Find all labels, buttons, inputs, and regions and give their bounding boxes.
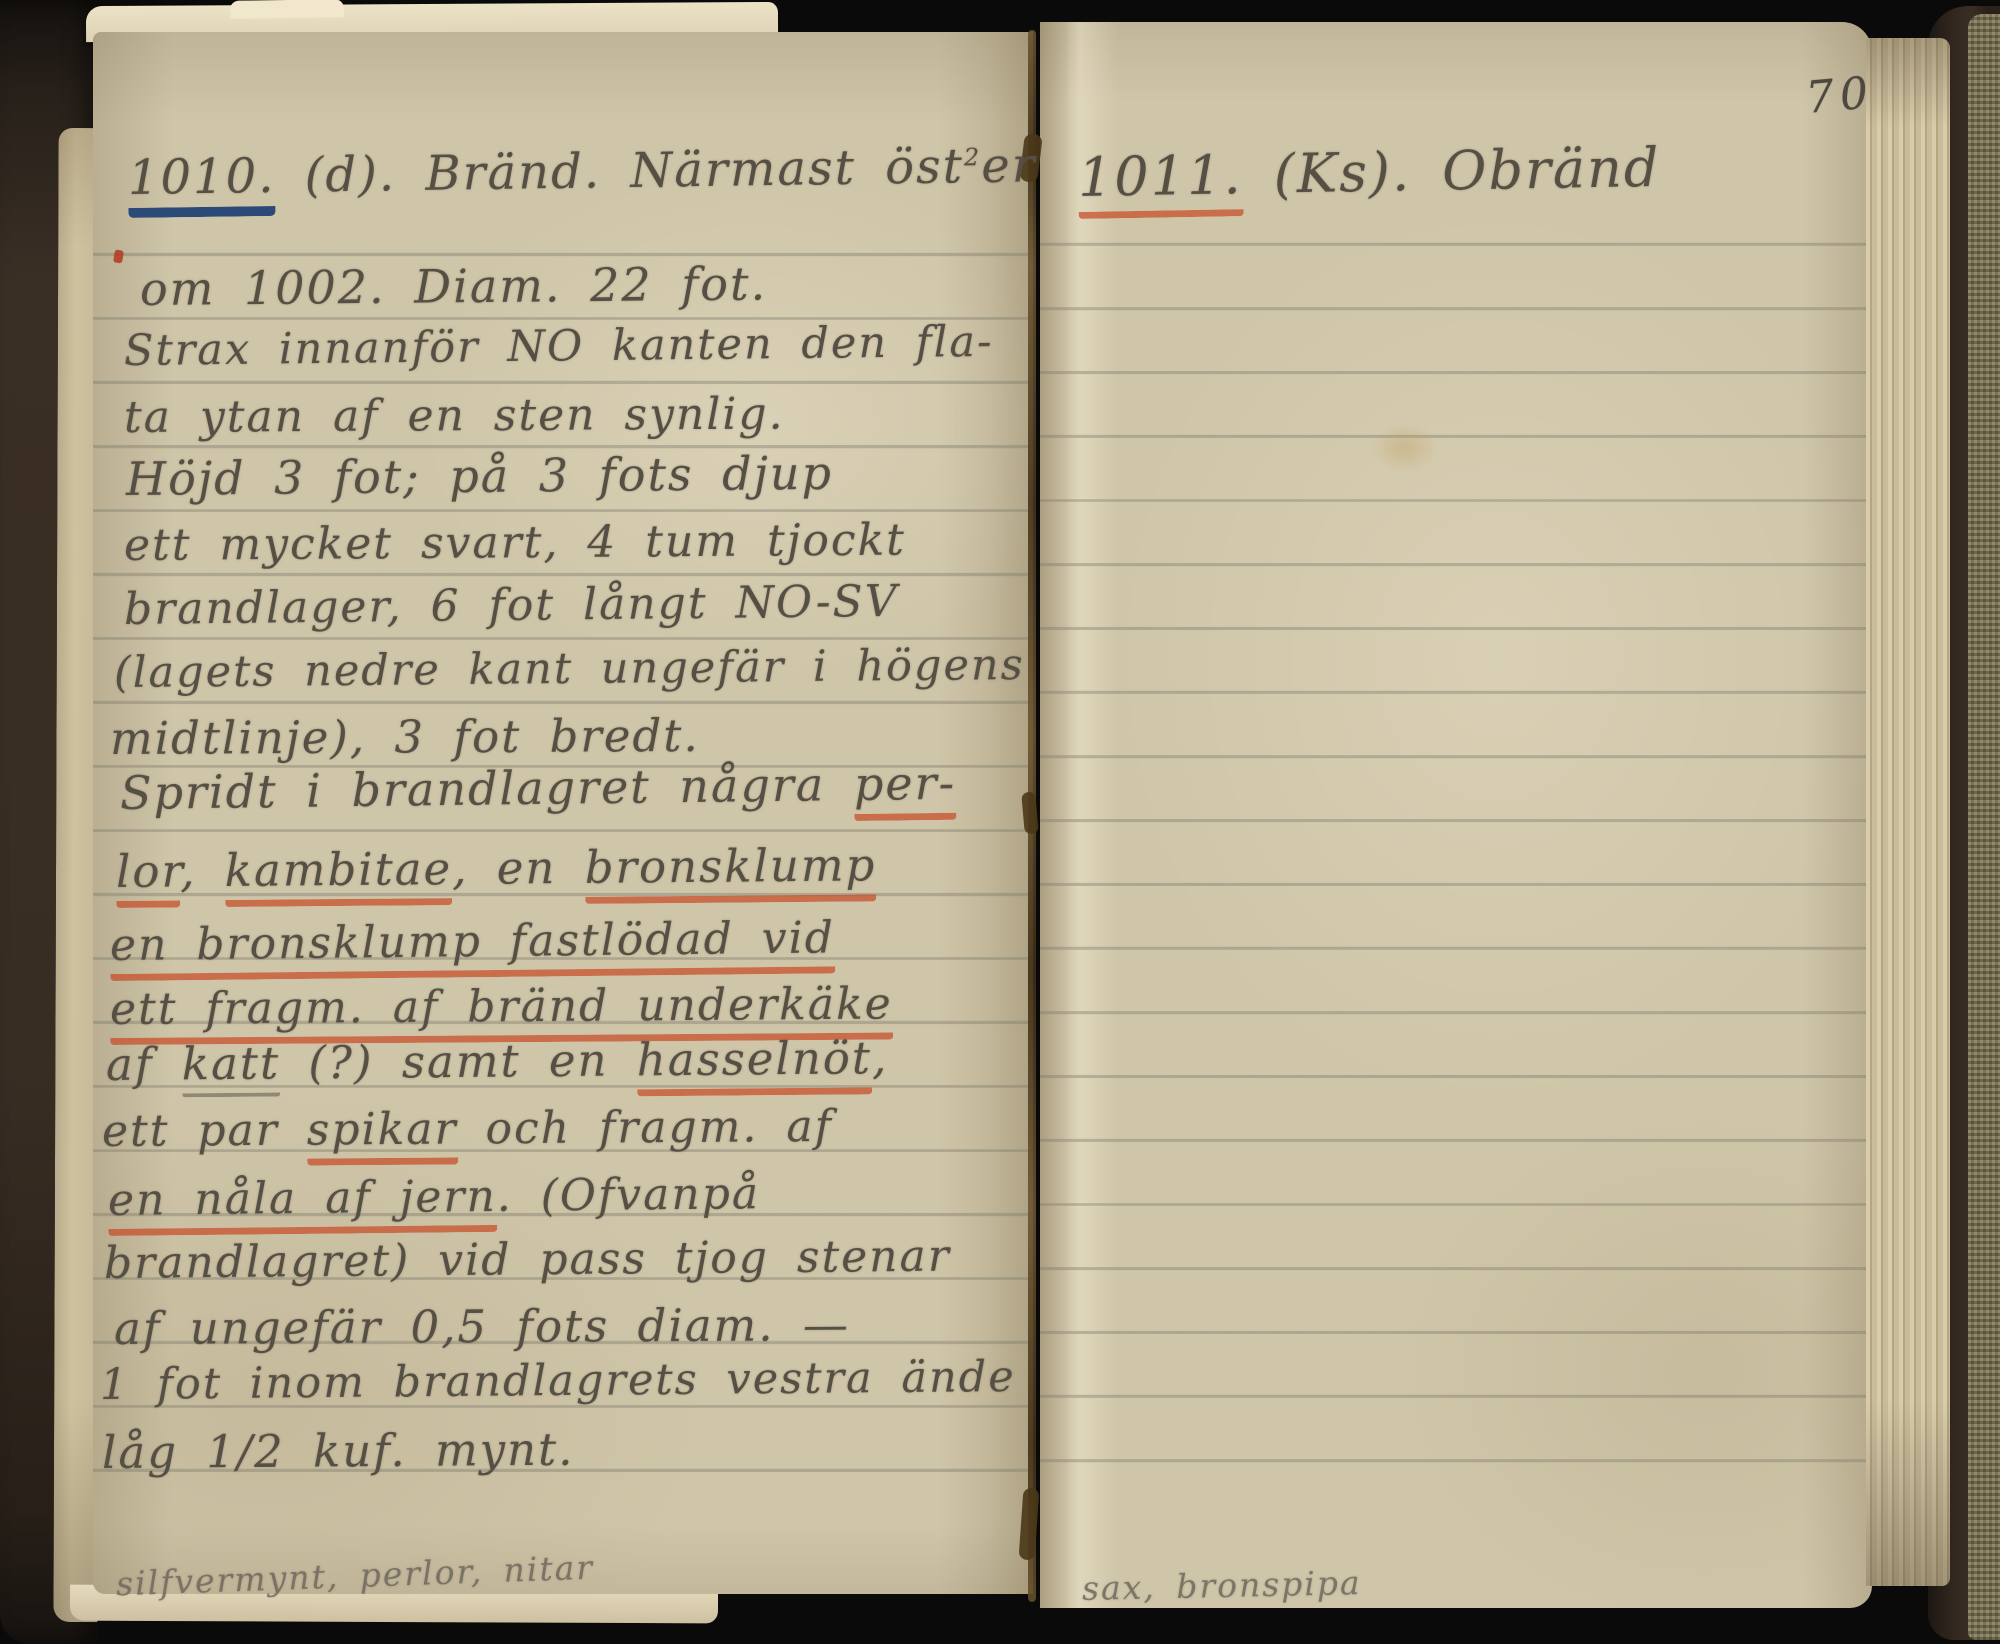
book-cover-cloth-edge (1968, 14, 2000, 1640)
ruled-lines-left (93, 232, 1033, 1554)
left-page (93, 32, 1033, 1594)
under-sheet-corner-tab (230, 0, 344, 19)
right-page (1040, 22, 1872, 1608)
notebook-scan: 1010. (d). Bränd. Närmast öst2erom 1002.… (0, 0, 2000, 1644)
page-number: 70 (1804, 67, 1876, 124)
gutter-notch (1021, 791, 1039, 834)
paper-stain (1370, 422, 1440, 474)
ruled-lines-right (1040, 222, 1872, 1538)
margin-note-right: sax, bronspipa (1082, 1563, 1362, 1608)
page-edges-right-stack (1866, 38, 1950, 1586)
